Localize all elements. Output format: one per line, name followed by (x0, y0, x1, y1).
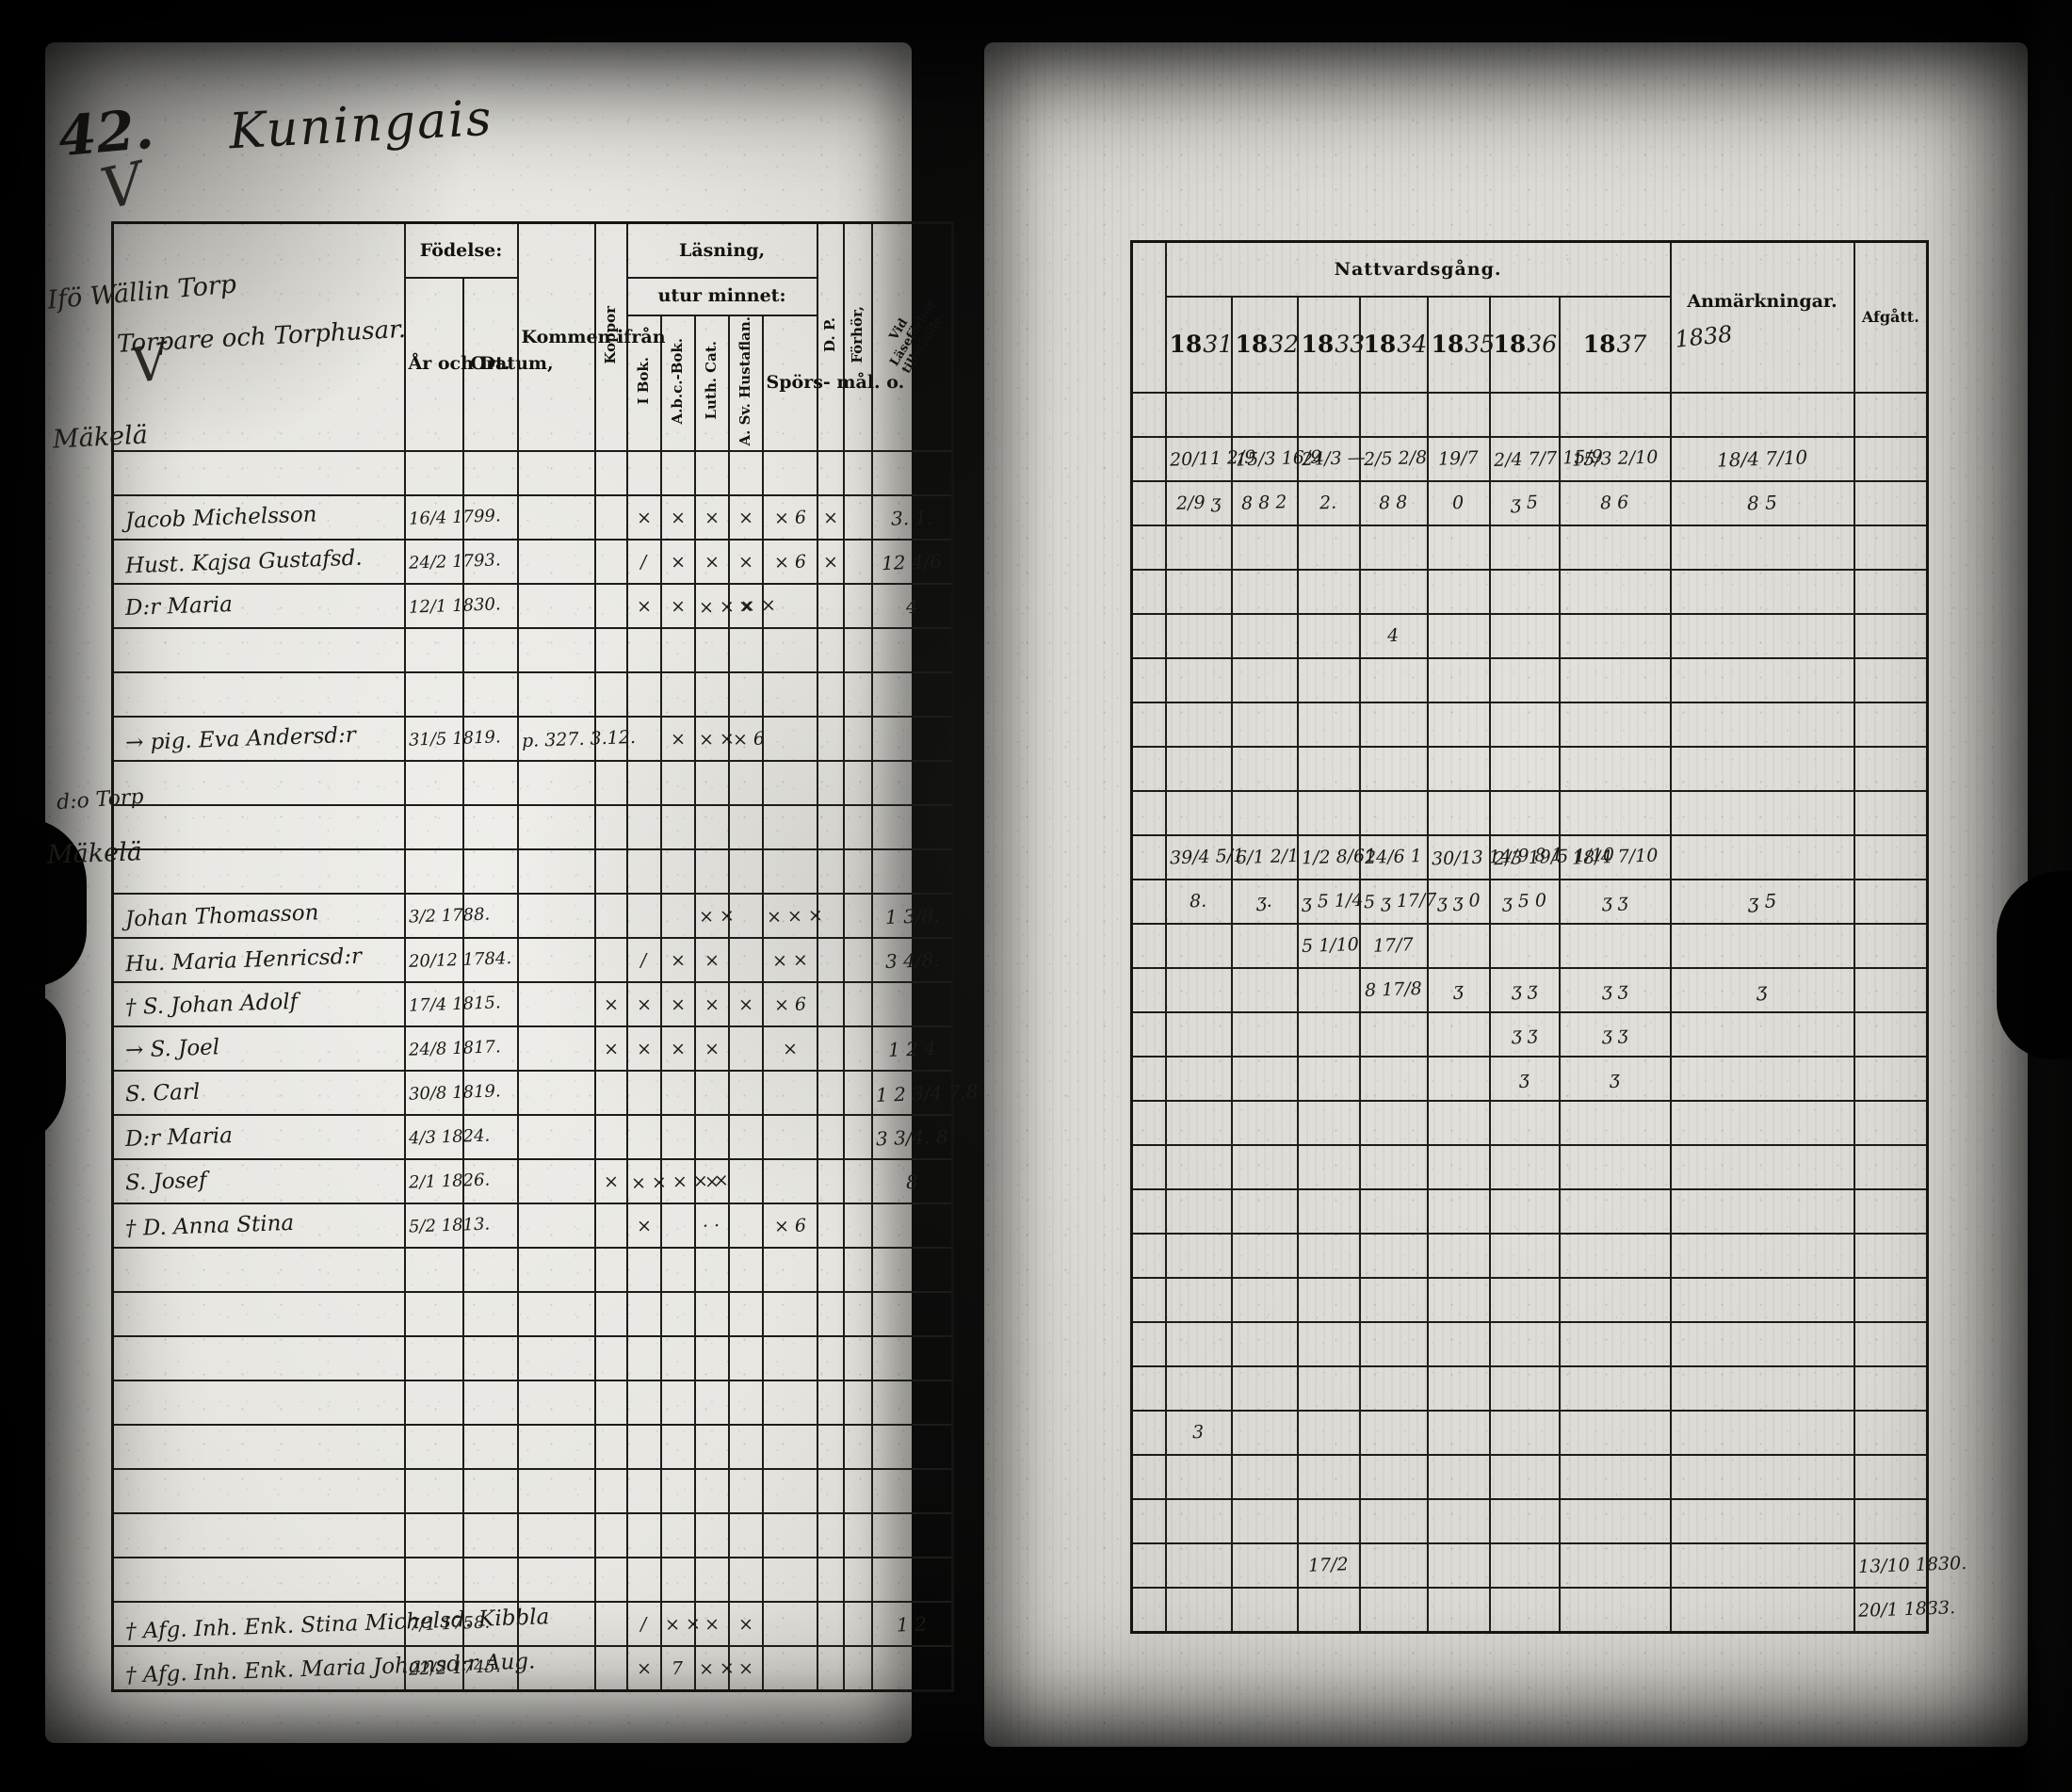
cell-y5 (1428, 1057, 1490, 1101)
cell-dopt (817, 1336, 844, 1380)
cell-dopt (817, 1646, 844, 1691)
handwritten-entry: × (704, 551, 720, 573)
cell-koppor (595, 1513, 627, 1558)
cell-afg (1854, 791, 1928, 835)
cell-afg (1854, 880, 1928, 924)
ledger-row (113, 1292, 953, 1336)
cell-y1 (1166, 1278, 1232, 1322)
ledger-row (113, 1380, 953, 1425)
handwritten-entry: × (704, 949, 720, 971)
cell-ort (463, 1425, 518, 1469)
handwritten-entry: × (636, 993, 652, 1015)
cell-y1 (1166, 1543, 1232, 1588)
cell-ibok (627, 1425, 661, 1469)
handwritten-entry: × (670, 595, 686, 617)
cell-anm (1671, 658, 1854, 702)
cell-y6 (1490, 1189, 1560, 1234)
cell-kommen (518, 1248, 595, 1292)
cell-anm (1671, 393, 1854, 437)
column-header-hustavla: A. Sv. Hustaflan. (729, 315, 763, 452)
ledger-row (113, 451, 953, 495)
cell-y1 (1166, 702, 1232, 747)
cell-anm (1671, 1588, 1854, 1633)
handwritten-entry: × (636, 507, 652, 528)
cell-y4: 8 17/8 (1360, 968, 1428, 1012)
cell-hust (729, 849, 763, 894)
cell-vid (872, 1469, 953, 1513)
cell-abc (661, 1469, 695, 1513)
handwritten-entry: 2/5 2/8 (1363, 447, 1427, 470)
cell-dopt (817, 849, 844, 894)
cell-vid (872, 672, 953, 717)
cell-koppor (595, 584, 627, 628)
cell-datum (405, 1380, 463, 1425)
handwritten-entry: 6/1 2/1 (1235, 846, 1299, 868)
cell-datum (405, 761, 463, 805)
handwritten-entry: ʒ (1756, 978, 1768, 1001)
handwritten-entry: 18/4 7/10 (1571, 845, 1658, 868)
cell-koppor (595, 1115, 627, 1159)
handwritten-year-1838: 1838 (1674, 308, 1852, 352)
ledger-row: ʒ ʒʒ ʒ (1132, 1012, 1928, 1057)
cell-forhor (844, 1425, 872, 1469)
column-header-remarks: Anmärkningar. 1838 (1671, 242, 1854, 393)
handwritten-entry: × (670, 507, 686, 528)
ledger-row: 5 1/1017/7 (1132, 924, 1928, 968)
handwritten-entry: 31/5 1819. (408, 727, 500, 750)
cell-y6 (1490, 1543, 1560, 1588)
handwritten-entry: 17/4 1815. (408, 993, 500, 1015)
cell-y7 (1560, 1278, 1671, 1322)
cell-y5 (1428, 702, 1490, 747)
handwritten-entry: / (640, 551, 647, 572)
cell-luth: × × (695, 717, 729, 761)
cell-ort (463, 849, 518, 894)
cell-y7: ʒ (1560, 1057, 1671, 1101)
cell-dopt (817, 805, 844, 849)
cell-name: † S. Johan Adolf (113, 982, 405, 1026)
cell-y2 (1232, 570, 1298, 614)
cell-forhor (844, 672, 872, 717)
cell-ibok: × (627, 1203, 661, 1248)
ledger-row (113, 761, 953, 805)
cell-y4: 5 ʒ 17/7 (1360, 880, 1428, 924)
cell-y5 (1428, 1145, 1490, 1189)
cell-luth: × (695, 982, 729, 1026)
cell-y3 (1298, 1499, 1360, 1543)
cell-name (113, 1469, 405, 1513)
cell-spors (763, 1336, 817, 1380)
cell-name: S. Carl (113, 1071, 405, 1115)
ledger-row (1132, 1234, 1928, 1278)
cell-y7 (1560, 1189, 1671, 1234)
cell-vid (872, 982, 953, 1026)
cell-ibok (627, 1071, 661, 1115)
ledger-row (1132, 1189, 1928, 1234)
cell-y6 (1490, 1322, 1560, 1366)
cell-anm (1671, 1366, 1854, 1411)
ledger-row (1132, 658, 1928, 702)
cell-koppor (595, 1425, 627, 1469)
handwritten-entry: 1 2 4 (887, 1037, 936, 1061)
cell-y7: ʒ ʒ (1560, 880, 1671, 924)
ledger-row: † Afg. Inh. Enk. Maria Johansd:r Aug.22/… (113, 1646, 953, 1691)
cell-koppor (595, 672, 627, 717)
cell-luth: × (695, 938, 729, 982)
handwritten-entry: × (737, 595, 753, 617)
cell-vid (872, 1558, 953, 1602)
cell-y7 (1560, 702, 1671, 747)
cell-vid: 8 (872, 1159, 953, 1203)
cell-kommen (518, 1380, 595, 1425)
handwritten-entry: × (704, 1038, 720, 1059)
cell-forhor (844, 495, 872, 540)
cell-hust: × (729, 982, 763, 1026)
cell-y1 (1166, 1012, 1232, 1057)
cell-kommen (518, 451, 595, 495)
cell-kommen (518, 761, 595, 805)
cell-anm (1671, 525, 1854, 570)
column-header-year-1833: 1833 (1298, 297, 1360, 393)
handwritten-entry: / (640, 949, 647, 970)
cell-name (113, 1292, 405, 1336)
column-header-place: Ort. (463, 278, 518, 452)
handwritten-entry: × (737, 1657, 753, 1679)
cell-y3: 17/2 (1298, 1543, 1360, 1588)
cell-forhor (844, 1469, 872, 1513)
cell-y3 (1298, 1588, 1360, 1633)
cell-c0 (1132, 1366, 1166, 1411)
handwritten-entry: 3. 1. (891, 506, 933, 530)
handwritten-entry: × (670, 993, 686, 1015)
handwritten-entry: / (640, 1613, 647, 1634)
handwritten-entry: × 6 (773, 507, 806, 528)
cell-spors (763, 1159, 817, 1203)
cell-luth (695, 1248, 729, 1292)
ledger-row: → S. Joel24/8 1817.×××××1 2 4 (113, 1026, 953, 1071)
handwritten-entry: 3 (1192, 1422, 1205, 1443)
cell-koppor: × (595, 1026, 627, 1071)
handwritten-entry: 5 1/10 (1301, 934, 1359, 957)
ledger-row (113, 672, 953, 717)
cell-afg: 20/1 1833. (1854, 1588, 1928, 1633)
cell-y5 (1428, 393, 1490, 437)
cell-name: Johan Thomasson (113, 894, 405, 938)
cell-ibok (627, 628, 661, 672)
cell-spors: × × (763, 938, 817, 982)
cell-y6 (1490, 1455, 1560, 1499)
cell-anm (1671, 924, 1854, 968)
cell-y1 (1166, 1588, 1232, 1633)
ledger-row (1132, 1145, 1928, 1189)
cell-y3 (1298, 1234, 1360, 1278)
cell-y7: 18/4 7/10 (1560, 835, 1671, 880)
ledger-row (1132, 1101, 1928, 1145)
cell-dopt (817, 1469, 844, 1513)
cell-hust: × (729, 1602, 763, 1646)
cell-ibok (627, 1558, 661, 1602)
handwritten-entry: ʒ ʒ (1511, 1024, 1537, 1045)
cell-forhor (844, 1071, 872, 1115)
cell-abc: 7 (661, 1646, 695, 1691)
cell-y3 (1298, 747, 1360, 791)
cell-y3 (1298, 1189, 1360, 1234)
ledger-row: S. Carl30/8 1819.1 2 3/4 7,8 (113, 1071, 953, 1115)
cell-koppor (595, 628, 627, 672)
cell-vid (872, 1646, 953, 1691)
cell-y7: 15/3 2/10 (1560, 437, 1671, 481)
cell-abc (661, 761, 695, 805)
handwritten-entry: 18/4 7/10 (1717, 445, 1808, 471)
handwritten-entry: 2/9 ʒ (1175, 492, 1221, 514)
handwritten-entry: 3 3/4. 8 (876, 1124, 949, 1150)
cell-y6: 2/3 19/5 1/10 (1490, 835, 1560, 880)
cell-y5 (1428, 1189, 1490, 1234)
cell-y3 (1298, 1101, 1360, 1145)
cell-y4: 4 (1360, 614, 1428, 658)
cell-y2 (1232, 1101, 1298, 1145)
cell-ibok: × (627, 1646, 661, 1691)
cell-y6 (1490, 1499, 1560, 1543)
cell-c0 (1132, 791, 1166, 835)
cell-y3: 1/2 8/61 (1298, 835, 1360, 880)
handwritten-entry: 17/7 (1373, 934, 1414, 956)
cell-afg (1854, 1189, 1928, 1234)
column-header-reading: Läsning, (627, 223, 817, 278)
handwritten-entry: × (822, 507, 838, 528)
cell-anm (1671, 1234, 1854, 1278)
cell-name (113, 1380, 405, 1425)
cell-spors (763, 451, 817, 495)
cell-ibok (627, 894, 661, 938)
cell-c0 (1132, 1278, 1166, 1322)
cell-c0 (1132, 1543, 1166, 1588)
cell-y4 (1360, 1057, 1428, 1101)
handwritten-entry: ʒ 5 1/4 (1301, 890, 1363, 912)
ledger-row (113, 805, 953, 849)
cell-abc: × (661, 495, 695, 540)
cell-y1 (1166, 1366, 1232, 1411)
cell-y3 (1298, 791, 1360, 835)
handwritten-entry: 20/1 1833. (1857, 1597, 1955, 1622)
cell-forhor (844, 1203, 872, 1248)
ledger-row (1132, 1278, 1928, 1322)
cell-y3 (1298, 1278, 1360, 1322)
cell-dopt (817, 1602, 844, 1646)
handwritten-entry: × 6 (773, 551, 806, 573)
cell-y7 (1560, 747, 1671, 791)
cell-afg (1854, 1145, 1928, 1189)
cell-datum: 20/12 1784. (405, 938, 463, 982)
cell-anm: 18/4 7/10 (1671, 437, 1854, 481)
cell-y5 (1428, 570, 1490, 614)
cell-y2: ʒ. (1232, 880, 1298, 924)
cell-ibok: / (627, 1602, 661, 1646)
cell-hust (729, 1248, 763, 1292)
handwritten-entry: 24/2 1793. (408, 550, 500, 573)
column-header-year-1832: 1832 (1232, 297, 1298, 393)
cell-y4 (1360, 1101, 1428, 1145)
cell-name: D:r Maria (113, 584, 405, 628)
cell-y7 (1560, 614, 1671, 658)
cell-name: Jacob Michelsson (113, 495, 405, 540)
cell-y7 (1560, 1101, 1671, 1145)
cell-y3: 2. (1298, 481, 1360, 525)
handwritten-entry: 24/8 1817. (408, 1037, 500, 1059)
ledger-row: † Afg. Inh. Enk. Stina Michelsd. Kibbla7… (113, 1602, 953, 1646)
handwritten-entry: 24/6 1 (1365, 846, 1423, 868)
ledger-row (113, 849, 953, 894)
cell-hust (729, 672, 763, 717)
cell-y5 (1428, 1366, 1490, 1411)
cell-forhor (844, 1159, 872, 1203)
cell-anm (1671, 1189, 1854, 1234)
cell-y7: ʒ ʒ (1560, 968, 1671, 1012)
cell-anm (1671, 835, 1854, 880)
cell-datum: 16/4 1799. (405, 495, 463, 540)
column-header-year-1834: 1834 (1360, 297, 1428, 393)
cell-spors (763, 672, 817, 717)
cell-afg (1854, 924, 1928, 968)
handwritten-entry: 8 8 2 (1241, 492, 1287, 514)
cell-vid (872, 628, 953, 672)
cell-y3 (1298, 393, 1360, 437)
cell-y6: ʒ (1490, 1057, 1560, 1101)
cell-afg (1854, 1455, 1928, 1499)
cell-y6 (1490, 570, 1560, 614)
cell-hust (729, 1159, 763, 1203)
cell-ort (463, 628, 518, 672)
handwritten-entry: D:r Maria (125, 592, 234, 621)
cell-name: † Afg. Inh. Enk. Stina Michelsd. Kibbla (113, 1602, 405, 1646)
cell-spors (763, 628, 817, 672)
cell-y2 (1232, 747, 1298, 791)
cell-y4 (1360, 1588, 1428, 1633)
handwritten-entry: → S. Joel (125, 1035, 220, 1062)
cell-datum (405, 805, 463, 849)
cell-anm (1671, 791, 1854, 835)
cell-kommen (518, 1513, 595, 1558)
cell-datum (405, 1292, 463, 1336)
cell-abc (661, 1336, 695, 1380)
cell-y1 (1166, 924, 1232, 968)
handwritten-entry: × (636, 1038, 652, 1059)
cell-kommen: p. 327. 3.12. (518, 717, 595, 761)
handwritten-entry: Hust. Kajsa Gustafsd. (125, 545, 363, 578)
cell-dopt (817, 1380, 844, 1425)
cell-y3: 24/3 — (1298, 437, 1360, 481)
handwritten-entry: 8 (906, 1170, 919, 1192)
handwritten-entry: × × (698, 728, 735, 750)
cell-ibok (627, 1469, 661, 1513)
cell-name: † D. Anna Stina (113, 1203, 405, 1248)
cell-ort (463, 1336, 518, 1380)
handwritten-entry: 17/2 (1308, 1554, 1349, 1575)
cell-y4 (1360, 1411, 1428, 1455)
cell-vid (872, 717, 953, 761)
column-header-by-heart: utur minnet: (627, 278, 817, 315)
cell-y6 (1490, 393, 1560, 437)
cell-y1 (1166, 1145, 1232, 1189)
cell-vid: 1 3/8. (872, 894, 953, 938)
cell-y4 (1360, 1499, 1428, 1543)
cell-koppor (595, 1469, 627, 1513)
cell-luth (695, 1115, 729, 1159)
handwritten-entry: 22/2 1745. (408, 1656, 500, 1679)
cell-y2 (1232, 1189, 1298, 1234)
cell-y2 (1232, 1411, 1298, 1455)
cell-c0 (1132, 1189, 1166, 1234)
cell-koppor (595, 894, 627, 938)
cell-y5: 19/7 (1428, 437, 1490, 481)
cell-dopt (817, 1513, 844, 1558)
handwritten-entry: ʒ (1453, 979, 1464, 1000)
cell-abc (661, 672, 695, 717)
handwritten-entry: × 6 (773, 1215, 806, 1236)
cell-abc (661, 805, 695, 849)
cell-name (113, 1336, 405, 1380)
cell-y4 (1360, 525, 1428, 570)
cell-y7 (1560, 1499, 1671, 1543)
cell-spors (763, 1513, 817, 1558)
cell-forhor (844, 805, 872, 849)
page-title: Kuningais (228, 90, 494, 161)
cell-koppor (595, 495, 627, 540)
cell-c0 (1132, 968, 1166, 1012)
handwritten-entry: S. Carl (125, 1079, 201, 1106)
right-page: Nattvardsgång. Anmärkningar. 1838 Afgått… (984, 42, 2028, 1747)
cell-y1 (1166, 1057, 1232, 1101)
cell-abc: × (661, 717, 695, 761)
column-header-questions: Spörs- mål. o. (763, 315, 817, 452)
handwritten-entry: × (704, 507, 720, 528)
column-header-year-1837: 1837 (1560, 297, 1671, 393)
column-header-luther-catechism: Luth. Cat. (695, 315, 729, 452)
ledger-row (1132, 747, 1928, 791)
cell-c0 (1132, 481, 1166, 525)
cell-datum: 12/1 1830. (405, 584, 463, 628)
cell-spors (763, 1646, 817, 1691)
cell-y2 (1232, 1543, 1298, 1588)
cell-dopt (817, 982, 844, 1026)
cell-afg (1854, 437, 1928, 481)
cell-anm (1671, 1543, 1854, 1588)
cell-spors: × 6 (763, 495, 817, 540)
handwritten-entry: × (737, 507, 753, 528)
handwritten-entry: 2. (1319, 492, 1337, 514)
cell-kommen (518, 1336, 595, 1380)
cell-forhor (844, 628, 872, 672)
cell-y2 (1232, 1234, 1298, 1278)
cell-ibok: × (627, 1026, 661, 1071)
ledger-row: D:r Maria12/1 1830.××× × × ××4 (113, 584, 953, 628)
cell-datum: 5/2 1813. (405, 1203, 463, 1248)
handwritten-entry: 8 6 (1600, 492, 1629, 513)
cell-c0 (1132, 1145, 1166, 1189)
cell-anm (1671, 702, 1854, 747)
cell-c0 (1132, 1101, 1166, 1145)
ledger-row (113, 1469, 953, 1513)
handwritten-entry: × (704, 1613, 720, 1635)
cell-name (113, 451, 405, 495)
cell-ibok: × (627, 982, 661, 1026)
cell-y5 (1428, 1101, 1490, 1145)
cell-c0 (1132, 880, 1166, 924)
cell-afg (1854, 1101, 1928, 1145)
cell-y2 (1232, 1057, 1298, 1101)
cell-afg (1854, 570, 1928, 614)
cell-y6 (1490, 1411, 1560, 1455)
